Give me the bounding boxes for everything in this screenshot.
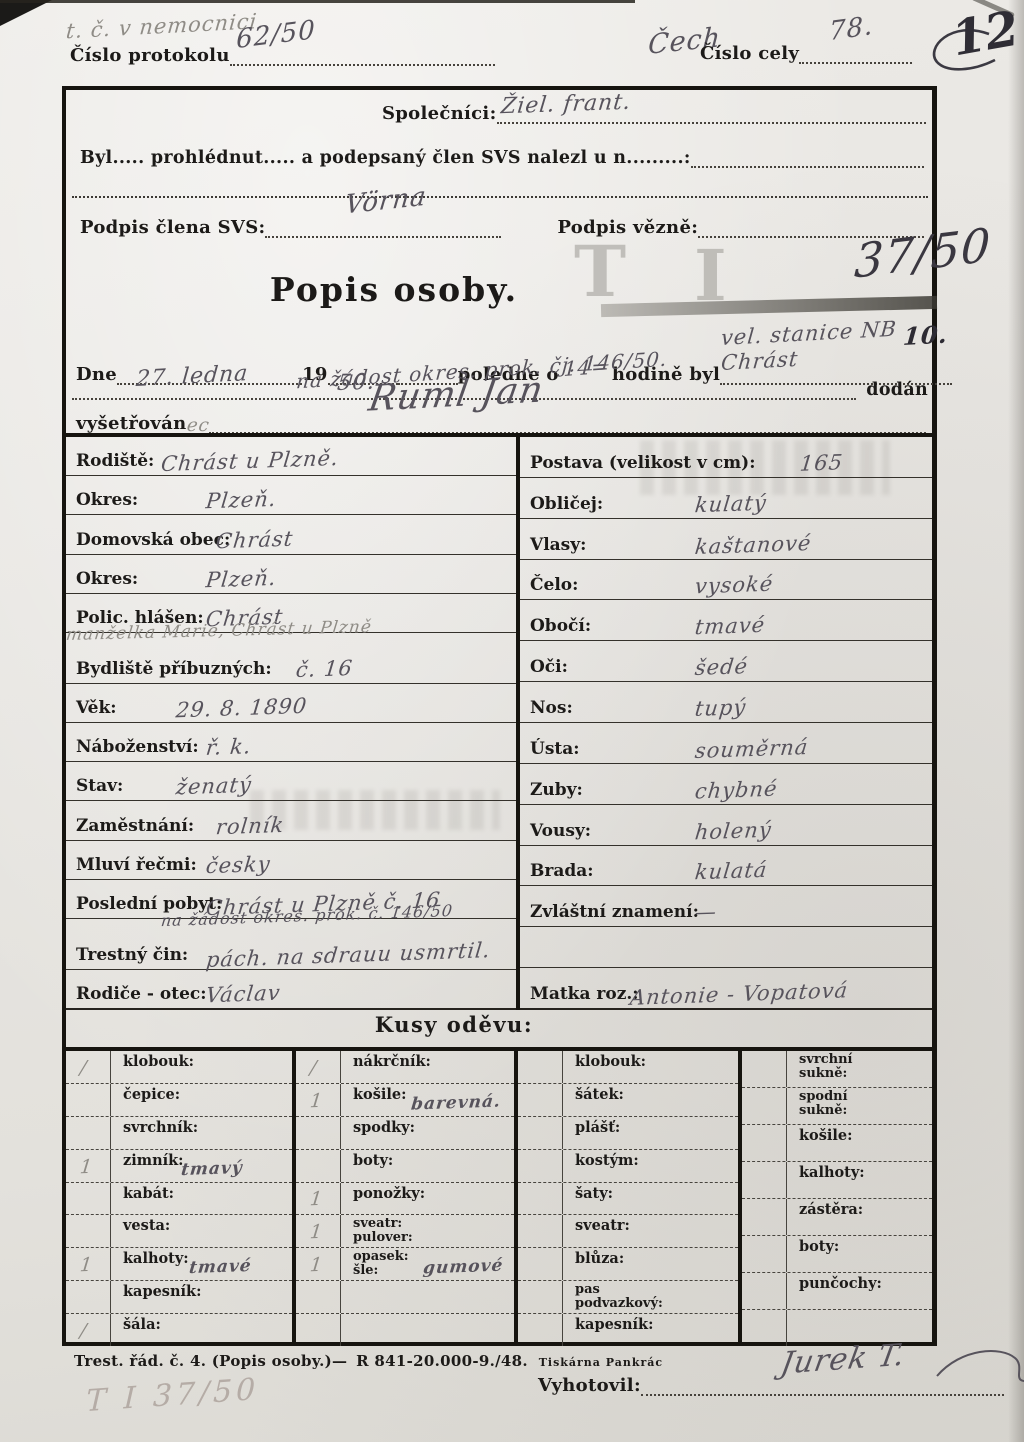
- field-value-handwritten: tmavé: [694, 613, 767, 640]
- field-value-handwritten: Chrást: [215, 526, 295, 553]
- description-row: Rodiče - otec: Václav: [66, 970, 516, 1010]
- clothing-label-text: pas: [575, 1282, 600, 1297]
- clothing-row: / nákrčník:: [296, 1051, 514, 1084]
- clothing-label-text: kalhoty:: [799, 1164, 865, 1181]
- clothing-row: [296, 1314, 514, 1346]
- clothing-row: [296, 1281, 514, 1314]
- clothing-row: svrchnísukně:: [742, 1051, 932, 1088]
- clothing-row: spodky:: [296, 1117, 514, 1150]
- field-value-handwritten: pách. na sdrauu usmrtil.: [205, 938, 492, 972]
- count-cell: [66, 1215, 111, 1247]
- clothing-row: svrchník:: [66, 1117, 292, 1150]
- inspection-text: Byl..... prohlédnut..... a podepsaný čle…: [80, 148, 691, 168]
- clothing-label: [341, 1314, 514, 1346]
- field-value-handwritten: Václav: [205, 981, 282, 1008]
- field-label: Matka roz.:: [530, 984, 639, 1004]
- clothing-label: sveatr:: [563, 1215, 738, 1247]
- field-value-handwritten: kulatá: [694, 858, 769, 885]
- description-row: Nos: tupý: [520, 682, 932, 723]
- field-value-handwritten: šedé: [694, 654, 750, 680]
- field-label: Vousy:: [530, 821, 591, 841]
- clothing-label: kalhoty:tmavé: [111, 1248, 292, 1280]
- clothing-label: šála:: [111, 1314, 292, 1346]
- clothing-label-text: plášť:: [575, 1119, 620, 1136]
- cell-line: 78.: [799, 40, 912, 64]
- clothing-label: boty:: [341, 1150, 514, 1182]
- clothing-row: sveatr:: [518, 1215, 738, 1248]
- field-value-handwritten: Plzeň.: [205, 487, 278, 514]
- count-cell: 1: [66, 1150, 111, 1182]
- clothing-label: šaty:: [563, 1183, 738, 1215]
- protocol-label: Číslo protokolu: [70, 45, 230, 66]
- clothing-row: čepice:: [66, 1084, 292, 1117]
- field-label: Obličej:: [530, 494, 603, 514]
- field-label: Oči:: [530, 657, 568, 677]
- clothing-row: spodnísukně:: [742, 1088, 932, 1125]
- count-cell: /: [296, 1051, 341, 1083]
- clothing-row: klobouk:: [518, 1051, 738, 1084]
- count-mark: 1: [309, 1221, 324, 1244]
- clothing-row: 1 opasek:šle:gumové: [296, 1248, 514, 1281]
- clothing-label-text: kalhoty:: [123, 1250, 189, 1267]
- title-block: T I 37/50 Popis osoby.: [66, 242, 932, 328]
- description-row: Vlasy: kaštanové: [520, 519, 932, 560]
- clothing-label-text: punčochy:: [799, 1275, 882, 1292]
- clothing-label: kalhoty:: [787, 1162, 932, 1198]
- clothing-label: zimník:tmavý: [111, 1150, 292, 1182]
- scan-edge-artifact: [0, 0, 635, 3]
- field-value-handwritten: kaštanové: [694, 530, 813, 558]
- clothing-heading: Kusy oděvu:: [66, 1012, 932, 1037]
- pencil-file-number: T I 37/50: [86, 1372, 260, 1419]
- clothing-group-2: / nákrčník: 1 košile:barevná. spodky: bo…: [296, 1051, 514, 1346]
- clothing-row: kabát:: [66, 1183, 292, 1216]
- protocol-number-row: Číslo protokolu 62/50: [70, 42, 495, 66]
- count-cell: [518, 1314, 563, 1346]
- field-value-handwritten: —: [694, 900, 719, 925]
- field-value-handwritten: 165: [799, 450, 845, 476]
- clothing-value-handwritten: gumové: [422, 1258, 504, 1279]
- description-row: na žádost okres. prok. č. 146/50 Trestný…: [66, 919, 516, 970]
- count-mark: /: [309, 1057, 319, 1079]
- field-label: Stav:: [76, 776, 123, 796]
- count-cell: 1: [296, 1183, 341, 1215]
- clothing-label: klobouk:: [563, 1051, 738, 1083]
- clothing-value-handwritten: tmavé: [188, 1258, 252, 1278]
- field-label: Domovská obec:: [76, 530, 230, 550]
- investigated-row: vyšetřován ec Ruml Jan: [76, 408, 926, 434]
- inspection-line: [691, 146, 924, 168]
- clothing-label: nákrčník:: [341, 1051, 514, 1083]
- clothing-label: vesta:: [111, 1215, 292, 1247]
- clothing-row: plášť:: [518, 1117, 738, 1150]
- clothing-label: kapesník:: [111, 1281, 292, 1313]
- made-by-line: Jurek T.: [641, 1372, 1004, 1396]
- description-row: Domovská obec: Chrást: [66, 515, 516, 554]
- clothing-label: kabát:: [111, 1183, 292, 1215]
- clothing-row: šátek:: [518, 1084, 738, 1117]
- clothing-label-text: svrchník:: [123, 1119, 198, 1136]
- clothing-label: punčochy:: [787, 1273, 932, 1309]
- clothing-label: košile:barevná.: [341, 1084, 514, 1116]
- field-label: Obočí:: [530, 616, 591, 636]
- field-label: Zuby:: [530, 780, 583, 800]
- clothing-row: boty:: [296, 1150, 514, 1183]
- clothing-row: punčochy:: [742, 1273, 932, 1310]
- page-title: Popis osoby.: [66, 270, 722, 309]
- field-label: Okres:: [76, 490, 138, 510]
- description-row: Okres: Plzeň.: [66, 476, 516, 515]
- count-cell: [742, 1125, 787, 1161]
- field-value-handwritten: souměrná: [694, 735, 810, 763]
- field-value-handwritten: č. 16: [295, 656, 354, 682]
- description-row: Ústa: souměrná: [520, 723, 932, 764]
- clothing-label: sveatr:pulover:: [341, 1215, 514, 1247]
- clothing-label-text: vesta:: [123, 1217, 170, 1234]
- clothing-label: košile:: [787, 1125, 932, 1161]
- station-overlay-handwritten: 10.: [902, 319, 949, 351]
- clothing-label: šátek:: [563, 1084, 738, 1116]
- field-label: Čelo:: [530, 575, 578, 595]
- field-value-handwritten: kulatý: [694, 490, 768, 517]
- cell-label: Číslo cely: [700, 43, 799, 64]
- description-row: Zaměstnání: rolník: [66, 801, 516, 840]
- clothing-row: kostým:: [518, 1150, 738, 1183]
- clothing-label-text: svrchní: [799, 1052, 852, 1067]
- clothing-label-text: kabát:: [123, 1185, 174, 1202]
- cell-number-row: Číslo cely 78.: [700, 40, 912, 64]
- printer-name: Tiskárna Pankrác: [539, 1356, 663, 1369]
- count-cell: 1: [66, 1248, 111, 1280]
- clothing-group-3: klobouk: šátek: plášť: kostým: šaty:: [518, 1051, 738, 1346]
- count-cell: [296, 1150, 341, 1182]
- clothing-label-text: blůza:: [575, 1250, 624, 1267]
- count-mark: 1: [79, 1254, 94, 1277]
- clothing-label: zástěra:: [787, 1199, 932, 1235]
- clothing-label: čepice:: [111, 1084, 292, 1116]
- field-label: Nos:: [530, 698, 573, 718]
- description-row: Vousy: holený: [520, 805, 932, 846]
- field-value-handwritten: chybné: [694, 776, 779, 803]
- clothing-group-1: / klobouk: čepice: svrchník: 1 zimník:tm…: [66, 1051, 292, 1346]
- clothing-label: opasek:šle:gumové: [341, 1248, 514, 1280]
- signatures-row: Podpis člena SVS: Vörna Podpis vězně:: [80, 212, 924, 238]
- signature-flourish: [931, 1346, 1024, 1390]
- clothing-row: 1 zimník:tmavý: [66, 1150, 292, 1183]
- description-row: [520, 927, 932, 968]
- field-label: Ústa:: [530, 739, 580, 759]
- investigated-name-handwritten: Ruml Jan: [366, 369, 547, 420]
- clothing-label-text: klobouk:: [123, 1053, 194, 1070]
- description-row: Zvláštní znamení: —: [520, 886, 932, 927]
- count-cell: [296, 1281, 341, 1313]
- count-cell: 1: [296, 1215, 341, 1247]
- clothing-label-text: šaty:: [575, 1185, 613, 1202]
- made-by-label: Vyhotovil:: [538, 1375, 641, 1396]
- clothing-label-text: klobouk:: [575, 1053, 646, 1070]
- clothing-label-text: zimník:: [123, 1152, 184, 1169]
- clothing-label: spodnísukně:: [787, 1088, 932, 1124]
- count-cell: [518, 1215, 563, 1247]
- count-cell: [66, 1281, 111, 1313]
- count-mark: 1: [309, 1188, 324, 1211]
- field-label: Náboženství:: [76, 737, 199, 757]
- description-row: Matka roz.: Antonie - Vopatová: [520, 968, 932, 1010]
- description-row: Obličej: kulatý: [520, 478, 932, 519]
- count-cell: /: [66, 1314, 111, 1346]
- count-cell: [742, 1273, 787, 1309]
- clothing-label-text: sukně:: [799, 1104, 930, 1118]
- scan-corner-artifact: [0, 0, 52, 26]
- description-row: Okres: Plzeň.: [66, 555, 516, 594]
- clothing-label-text: pulover:: [353, 1231, 512, 1245]
- field-label: Rodiče - otec:: [76, 984, 207, 1004]
- field-value-handwritten: tupý: [694, 695, 748, 721]
- count-cell: 1: [296, 1084, 341, 1116]
- count-mark: /: [79, 1320, 89, 1342]
- clothing-value-handwritten: tmavý: [180, 1160, 243, 1180]
- clothing-label: klobouk:: [111, 1051, 292, 1083]
- description-row: Oči: šedé: [520, 641, 932, 682]
- print-code: R 841-20.000-9./48.: [356, 1352, 528, 1370]
- clothing-row: paspodvazkový:: [518, 1281, 738, 1314]
- count-cell: [742, 1310, 787, 1346]
- clothing-row: 1 košile:barevná.: [296, 1084, 514, 1117]
- count-cell: [66, 1084, 111, 1116]
- clothing-label-text: podvazkový:: [575, 1297, 736, 1311]
- clothing-row: 1 ponožky:: [296, 1183, 514, 1216]
- count-cell: [742, 1088, 787, 1124]
- description-row: Zuby: chybné: [520, 764, 932, 805]
- clothing-group-4: svrchnísukně: spodnísukně: košile: kalho…: [742, 1051, 932, 1346]
- clothing-row: vesta:: [66, 1215, 292, 1248]
- clothing-label: spodky:: [341, 1117, 514, 1149]
- clothing-row: zástěra:: [742, 1199, 932, 1236]
- companions-row: Společníci: Žiel. frant.: [382, 98, 926, 124]
- field-label: Rodiště:: [76, 451, 154, 471]
- count-cell: [66, 1117, 111, 1149]
- count-cell: [518, 1117, 563, 1149]
- companions-label: Společníci:: [382, 103, 497, 124]
- description-row: Brada: kulatá: [520, 846, 932, 887]
- count-cell: [296, 1117, 341, 1149]
- field-label: Zaměstnání:: [76, 816, 194, 836]
- station-value2-handwritten: Chrást: [720, 347, 799, 375]
- field-label: Bydliště příbuzných:: [76, 659, 272, 679]
- description-row: Rodiště: Chrást u Plzně.: [66, 437, 516, 476]
- count-cell: [518, 1248, 563, 1280]
- count-cell: [742, 1162, 787, 1198]
- clothing-label-text: sveatr:: [575, 1217, 630, 1234]
- clothing-label: kostým:: [563, 1150, 738, 1182]
- clothing-row: kapesník:: [518, 1314, 738, 1346]
- field-label: Zvláštní znamení:: [530, 902, 699, 922]
- investigated-label: vyšetřován: [76, 413, 187, 434]
- description-row: Čelo: vysoké: [520, 560, 932, 601]
- clothing-label: paspodvazkový:: [563, 1281, 738, 1313]
- protocol-line: 62/50: [230, 42, 495, 66]
- clothing-label-text: čepice:: [123, 1086, 180, 1103]
- field-value-handwritten: Plzeň.: [205, 566, 278, 593]
- clothing-label-text: spodní: [799, 1089, 848, 1104]
- clothing-row: 1 sveatr:pulover:: [296, 1215, 514, 1248]
- form-box: Společníci: Žiel. frant. Byl..... prohlé…: [62, 86, 937, 1346]
- count-cell: [742, 1051, 787, 1087]
- dotted-rule: [72, 182, 928, 198]
- field-label: Postava (velikost v cm):: [530, 453, 755, 473]
- count-cell: /: [66, 1051, 111, 1083]
- clothing-table: / klobouk: čepice: svrchník: 1 zimník:tm…: [66, 1047, 932, 1346]
- clothing-row: kapesník:: [66, 1281, 292, 1314]
- description-row: manželka Marie, Chrást u Plzně Bydliště …: [66, 633, 516, 684]
- count-cell: 1: [296, 1248, 341, 1280]
- field-value-handwritten: vysoké: [694, 572, 775, 599]
- field-value-handwritten: česky: [205, 852, 272, 878]
- paper-edge-shadow: [1008, 0, 1024, 1442]
- count-cell: [518, 1281, 563, 1313]
- count-cell: [296, 1314, 341, 1346]
- count-cell: [518, 1183, 563, 1215]
- clothing-label-text: boty:: [353, 1152, 393, 1169]
- form-ref-text: Trest. řád. č. 4. (Popis osoby.)—: [74, 1352, 347, 1370]
- svs-signature-label: Podpis člena SVS:: [80, 217, 265, 238]
- field-value-handwritten: holený: [694, 817, 773, 844]
- count-mark: 1: [309, 1254, 324, 1277]
- field-label: Brada:: [530, 861, 594, 881]
- description-row: Stav: ženatý: [66, 762, 516, 801]
- clothing-label-text: kapesník:: [123, 1283, 201, 1300]
- clothing-label: ponožky:: [341, 1183, 514, 1215]
- clothing-label-text: šátek:: [575, 1086, 624, 1103]
- field-label: Vlasy:: [530, 535, 586, 555]
- clothing-label: blůza:: [563, 1248, 738, 1280]
- clothing-value-handwritten: barevná.: [410, 1093, 502, 1114]
- field-label: Trestný čin:: [76, 945, 188, 965]
- clothing-label-text: kapesník:: [575, 1316, 653, 1333]
- count-cell: [742, 1236, 787, 1272]
- clothing-label: plášť:: [563, 1117, 738, 1149]
- count-cell: [518, 1051, 563, 1083]
- investigated-line: Ruml Jan: [209, 408, 926, 434]
- clothing-label-text: košile:: [353, 1086, 406, 1103]
- count-cell: [518, 1084, 563, 1116]
- clothing-row: kalhoty:: [742, 1162, 932, 1199]
- field-value-handwritten: rolník: [215, 812, 286, 838]
- clothing-row: košile:: [742, 1125, 932, 1162]
- description-left-column: Rodiště: Chrást u Plzně. Okres: Plzeň. D…: [66, 437, 516, 1010]
- clothing-row: / klobouk:: [66, 1051, 292, 1084]
- clothing-label: svrchnísukně:: [787, 1051, 932, 1087]
- scanned-form-page: t. č. v nemocnici. Číslo protokolu 62/50…: [0, 0, 1024, 1442]
- count-mark: /: [79, 1057, 89, 1079]
- inspection-row: Byl..... prohlédnut..... a podepsaný čle…: [80, 146, 924, 168]
- description-row: Postava (velikost v cm): 165: [520, 437, 932, 478]
- clothing-label: boty:: [787, 1236, 932, 1272]
- clothing-row: 1 kalhoty:tmavé: [66, 1248, 292, 1281]
- companions-value-handwritten: Žiel. frant.: [499, 90, 632, 120]
- field-label: Mluví řečmi:: [76, 855, 197, 875]
- clothing-row: / šála:: [66, 1314, 292, 1346]
- clothing-label-text: nákrčník:: [353, 1053, 431, 1070]
- clothing-label-text: šála:: [123, 1316, 161, 1333]
- description-row: Obočí: tmavé: [520, 600, 932, 641]
- field-value-handwritten: 29. 8. 1890: [175, 694, 309, 723]
- description-row: Náboženství: ř. k.: [66, 723, 516, 762]
- form-reference: Trest. řád. č. 4. (Popis osoby.)— R 841-…: [74, 1352, 663, 1370]
- clothing-label-text: boty:: [799, 1238, 839, 1255]
- count-cell: [66, 1183, 111, 1215]
- clothing-label-text: spodky:: [353, 1119, 415, 1136]
- clothing-label: kapesník:: [563, 1314, 738, 1346]
- companions-line: Žiel. frant.: [497, 98, 926, 124]
- clothing-label-text: sukně:: [799, 1067, 930, 1081]
- clothing-row: šaty:: [518, 1183, 738, 1216]
- field-value-handwritten: ženatý: [175, 773, 253, 800]
- field-value-handwritten: Antonie - Vopatová: [629, 978, 850, 1010]
- clothing-row: boty:: [742, 1236, 932, 1273]
- count-cell: [742, 1199, 787, 1235]
- count-cell: [518, 1150, 563, 1182]
- clothing-label-text: ponožky:: [353, 1185, 425, 1202]
- clothing-label: [341, 1281, 514, 1313]
- cell-value-handwritten: 78.: [829, 11, 873, 47]
- clothing-label: svrchník:: [111, 1117, 292, 1149]
- count-mark: 1: [309, 1090, 324, 1113]
- clothing-label-text: košile:: [799, 1127, 852, 1144]
- field-label: Okres:: [76, 569, 138, 589]
- field-label: Věk:: [76, 698, 117, 718]
- field-value-handwritten: ř. k.: [205, 734, 253, 760]
- delivered-label: dodán: [866, 380, 928, 400]
- clothing-row: blůza:: [518, 1248, 738, 1281]
- description-row: Mluví řečmi: česky: [66, 841, 516, 880]
- svs-signature-line: Vörna: [265, 212, 501, 238]
- field-value-handwritten: Chrást u Plzně.: [160, 446, 340, 476]
- made-by-row: Vyhotovil: Jurek T.: [538, 1372, 1004, 1396]
- description-right-column: Postava (velikost v cm): 165 Obličej: ku…: [520, 437, 932, 1010]
- corner-number-handwritten: 12: [948, 1, 1024, 68]
- count-mark: 1: [79, 1155, 94, 1178]
- clothing-label-text: zástěra:: [799, 1201, 863, 1218]
- description-row: Věk: 29. 8. 1890: [66, 684, 516, 723]
- clothing-label-text: kostým:: [575, 1152, 639, 1169]
